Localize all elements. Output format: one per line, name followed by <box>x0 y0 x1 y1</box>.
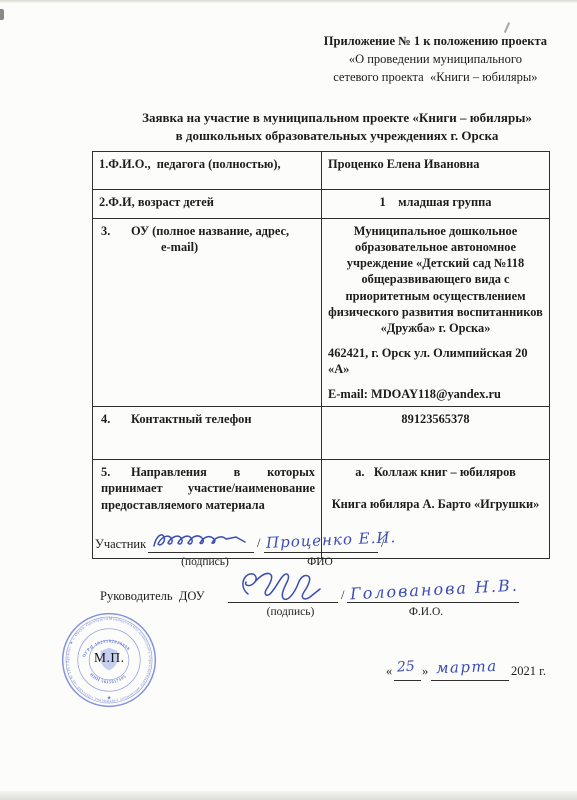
row1-label-cell: 1.Ф.И.О., педагога (полностью), <box>93 152 322 190</box>
scan-edge-bottom <box>0 791 577 800</box>
participant-podpis-caption: (подпись) <box>163 556 247 568</box>
row3-label-line2: e-mail) <box>161 239 315 255</box>
table-row: 3.ОУ (полное название, адрес, e-mail) Му… <box>93 219 550 407</box>
participation-direction: а. Коллаж книг – юбиляров <box>328 464 543 480</box>
row4-label-cell: 4.Контактный телефон <box>93 407 322 460</box>
anniversary-book: Книга юбиляра А. Барто «Игрушки» <box>328 496 543 512</box>
participant-separator: / <box>257 536 260 551</box>
table-row: 2.Ф.И, возраст детей 1 младшая группа <box>93 190 550 219</box>
head-podpis-caption: (подпись) <box>248 606 333 618</box>
scanned-application-form: Приложение № 1 к положению проекта «О пр… <box>0 0 577 800</box>
organization-email: E-mail: MDOAY118@yandex.ru <box>328 386 543 402</box>
scan-edge-top <box>0 0 577 3</box>
row3-number: 3. <box>101 223 131 239</box>
row1-value-cell: Проценко Елена Ивановна <box>322 152 550 190</box>
title-line-2: в дошкольных образовательных учреждениях… <box>108 127 566 145</box>
participant-separator-end: / <box>381 536 384 551</box>
row3-label: 3.ОУ (полное название, адрес, e-mail) <box>101 223 315 255</box>
stamp-place-label: М.П. <box>94 650 125 666</box>
head-fio-caption: Ф.И.О. <box>396 606 456 618</box>
organization-address: 462421, г. Орск ул. Олимпийская 20 «А» <box>328 345 543 377</box>
contact-phone: 89123565378 <box>401 412 469 426</box>
stamp-star-icon: ★ <box>107 695 112 702</box>
row2-label-cell: 2.Ф.И, возраст детей <box>93 190 322 219</box>
header-line-3: сетевого проекта «Книги – юбиляры» <box>324 69 547 87</box>
row2-label: 2.Ф.И, возраст детей <box>99 195 214 209</box>
head-signature-scribble <box>238 570 330 602</box>
row3-value-cell: Муниципальное дошкольное образовательное… <box>322 219 550 407</box>
children-group: 1 младшая группа <box>380 195 492 209</box>
row3-label-line1: ОУ (полное название, адрес, <box>131 224 289 238</box>
application-table: 1.Ф.И.О., педагога (полностью), Проценко… <box>92 151 550 559</box>
date-quote-open: « <box>386 664 392 679</box>
date-quote-close: » <box>422 664 428 679</box>
row2-value-cell: 1 младшая группа <box>322 190 550 219</box>
row3-label-cell: 3.ОУ (полное название, адрес, e-mail) <box>93 219 322 407</box>
table-row: 1.Ф.И.О., педагога (полностью), Проценко… <box>93 152 550 190</box>
participant-signature-scribble <box>152 528 250 552</box>
document-title: Заявка на участие в муниципальном проект… <box>108 109 566 144</box>
title-line-1: Заявка на участие в муниципальном проект… <box>108 109 566 127</box>
scan-corner-mark <box>0 9 4 20</box>
table-row: 4.Контактный телефон 89123565378 <box>93 407 550 460</box>
row5-label: Направления в которых принимает участие/… <box>101 465 315 511</box>
organization-name: Муниципальное дошкольное образовательное… <box>328 223 543 336</box>
participant-label: Участник <box>95 537 146 552</box>
row4-number: 4. <box>101 411 131 427</box>
document-header: Приложение № 1 к положению проекта «О пр… <box>324 33 547 86</box>
participant-fio-caption: ФИО <box>290 556 350 568</box>
date-day-handwritten: 25 <box>396 658 415 675</box>
row4-value-cell: 89123565378 <box>322 407 550 460</box>
row5-number: 5. <box>101 464 131 480</box>
teacher-name: Проценко Елена Ивановна <box>328 157 480 171</box>
row4-label: Контактный телефон <box>131 412 252 426</box>
date-month-handwritten: марта <box>436 657 498 677</box>
date-year-printed: 2021 г. <box>511 664 546 679</box>
row1-label: 1.Ф.И.О., педагога (полностью), <box>99 157 281 171</box>
head-label: Руководитель ДОУ <box>100 589 205 604</box>
scan-slash-mark <box>504 22 510 33</box>
header-line-2: «О проведении муниципального <box>324 51 547 69</box>
header-line-1: Приложение № 1 к положению проекта <box>324 33 547 51</box>
head-separator: / <box>341 588 344 603</box>
